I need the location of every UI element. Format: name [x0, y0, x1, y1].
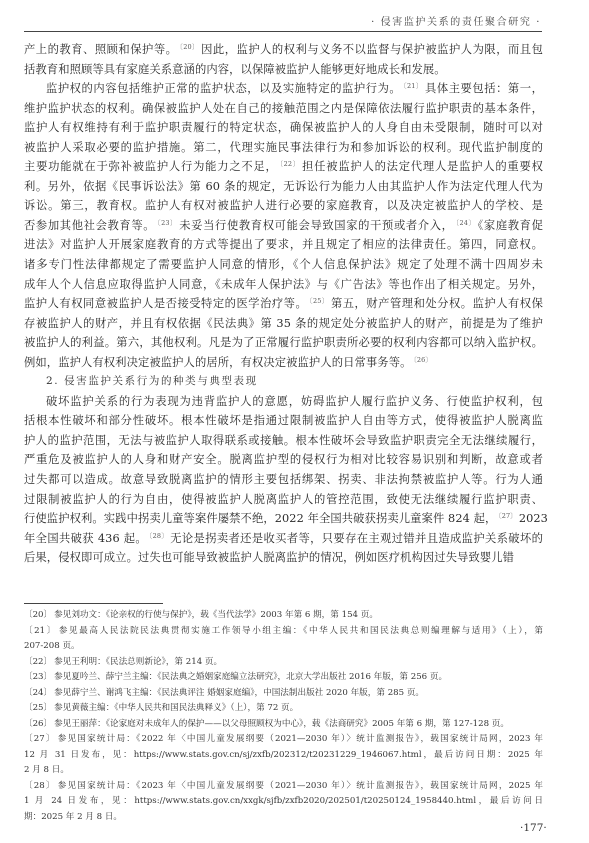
line-text: 2023 — [519, 512, 548, 525]
footnote-line: 12 月 31 日发布，见：https://www.stats.gov.cn/s… — [24, 748, 543, 764]
footnote-line: 〔21〕参见最高人民法院民法典贯彻实施工作领导小组主编：《中华人民共和国民法典总… — [24, 624, 543, 640]
text-line: 维护监护状态的权利。确保被监护人处在自己的接触范围之内是保障依法履行监护职责的基… — [24, 99, 543, 119]
footnote-ref: 〔20〕 — [177, 43, 201, 51]
footnote-line: 1 月 24 日发布，见：https://www.stats.gov.cn/xx… — [24, 794, 543, 810]
line-text: 例如，监护人有权利决定被监护人的居所，有权决定被监护人的日常事务等。 — [24, 356, 412, 369]
line-text: 年全国共破获 436 起。 — [24, 532, 147, 545]
running-title: · 侵害监护关系的责任聚合研究 · — [371, 13, 541, 28]
article-body: 产上的教育、照顾和保护等。〔20〕因此，监护人的权利与义务不以监督与保护被监护人… — [24, 40, 543, 568]
footnote-ref: 〔23〕 — [155, 219, 179, 227]
footnote-number: 〔28〕 — [24, 781, 58, 791]
footnote-text: 参见王丽萍：《论家庭对未成年人的保护——以父母照顾权为中心》，载《法商研究》20… — [54, 719, 509, 729]
body-paragraph: 监护权的内容包括维护正常的监护状态，以及实施特定的监护行为。〔21〕具体主要包括… — [24, 79, 543, 372]
footnote-line: 〔25〕参见黄薇主编：《中华人民共和国民法典释义》（上），第 72 页。 — [24, 701, 543, 717]
line-text: 过失都可以造成。故意导致脱离监护的情形主要包括绑架、拐卖、非法拘禁被监护人等。行… — [24, 473, 543, 486]
footnote-ref: 〔26〕 — [412, 356, 434, 364]
text-line: 监护人有权维持有利于监护职责履行的特定状态，确保被监护人的人身自由未受限制，随时… — [24, 118, 543, 138]
text-line: 后果，侵权即可成立。过失也可能导致被监护人脱离监护的情况，例如医疗机构因过失导致… — [24, 548, 543, 568]
line-text: 进法》对监护人开展家庭教育的方式等提出了要求，并且规定了相应的法律责任。第四，同… — [24, 238, 543, 251]
footnote-ref: 〔25〕 — [307, 297, 331, 305]
line-text: 严重危及被监护人的人身和财产安全。脱离监护型的侵权行为相对比较容易识别和判断，故… — [24, 453, 543, 466]
footnote-line: 207-208 页。 — [24, 639, 543, 655]
text-line: 诸多专门性法律都规定了需要监护人同意的情形，《个人信息保护法》规定了处理不满十四… — [24, 255, 543, 275]
footnote-text: 参见国家统计局：《2023 年〈中国儿童发展纲要（2021—2030 年）〉统计… — [58, 781, 543, 791]
text-line: 年全国共破获 436 起。〔28〕无论是拐卖者还是收买者等，只要存在主观过错并且… — [24, 529, 543, 549]
text-line: 括教育和照顾等具有家庭关系意涵的内容，以保障被监护人能够更好地成长和发展。 — [24, 60, 543, 80]
footnote-ref: 〔24〕 — [454, 219, 478, 227]
footnote-number: 〔24〕 — [24, 688, 54, 698]
line-text: 存被监护人的财产，并且有权依据《民法典》第 35 条的规定处分被监护人的财产，前… — [24, 317, 543, 330]
footnote-line: 〔28〕参见国家统计局：《2023 年〈中国儿童发展纲要（2021—2030 年… — [24, 779, 543, 795]
text-line: 进法》对监护人开展家庭教育的方式等提出了要求，并且规定了相应的法律责任。第四，同… — [24, 235, 543, 255]
line-text: 成年人个人信息应取得监护人同意，《未成年人保护法》与《广告法》等也作出了相关规定… — [24, 278, 543, 291]
body-paragraph: 产上的教育、照顾和保护等。〔20〕因此，监护人的权利与义务不以监督与保护被监护人… — [24, 40, 543, 79]
text-line: 成年人个人信息应取得监护人同意，《未成年人保护法》与《广告法》等也作出了相关规定… — [24, 275, 543, 295]
footnote-line: 〔26〕参见王丽萍：《论家庭对未成年人的保护——以父母照顾权为中心》，载《法商研… — [24, 717, 543, 733]
footnote-text: 参见薛宁兰、谢鸿飞主编：《民法典评注 婚姻家庭编》，中国法制出版社 2020 年… — [54, 688, 424, 698]
text-line: 诉讼。第三，教育权。监护人有权对被监护人进行必要的家庭教育，以及决定被监护人的学… — [24, 196, 543, 216]
line-text: 产上的教育、照顾和保护等。 — [24, 43, 177, 56]
line-text: 维护监护状态的权利。确保被监护人处在自己的接触范围之内是保障依法履行监护职责的基… — [24, 102, 543, 115]
footnote-number: 〔25〕 — [24, 703, 54, 713]
footnote-number: 〔23〕 — [24, 672, 54, 682]
footnote-text: 207-208 页。 — [24, 641, 80, 651]
text-line: 护人的监护范围，无法与被监护人取得联系或接触。根本性破坏会导致监护职责完全无法继… — [24, 431, 543, 451]
line-text: 第五，财产管理和处分权。监护人有权保 — [331, 297, 543, 310]
footnote-text: 参见最高人民法院民法典贯彻实施工作领导小组主编：《中华人民共和国民法典总则编理解… — [59, 626, 543, 636]
page-number: ·177· — [520, 822, 547, 834]
text-line: 否参加其他社会教育等。〔23〕未妥当行使教育权可能会导致国家的干预或者介入，〔2… — [24, 216, 543, 236]
footnote-text: 12 月 31 日发布，见：https://www.stats.gov.cn/s… — [24, 750, 543, 760]
line-text: 破坏监护关系的行为表现为违背监护人的意愿，妨碍监护人履行监护义务、行使监护权利，… — [46, 395, 543, 408]
footnote-ref: 〔22〕 — [278, 160, 302, 168]
text-line: 破坏监护关系的行为表现为违背监护人的意愿，妨碍监护人履行监护义务、行使监护权利，… — [24, 392, 543, 412]
line-text: 被监护人采取必要的监护措施。第二，代理实施民事法律行为和参加诉讼的权利。现代监护… — [24, 141, 543, 154]
text-line: 被监护人采取必要的监护措施。第二，代理实施民事法律行为和参加诉讼的权利。现代监护… — [24, 138, 543, 158]
footnote-line: 〔27〕参见国家统计局：《2022 年〈中国儿童发展纲要（2021—2030 年… — [24, 732, 543, 748]
line-text: 被监护人的利益。第六，其他权利。凡是为了正常履行监护职责所必要的权利内容都可以纳… — [24, 336, 543, 349]
line-text: 护人的监护范围，无法与被监护人取得联系或接触。根本性破坏会导致监护职责完全无法继… — [24, 434, 543, 447]
footnote-number: 〔20〕 — [24, 610, 54, 620]
footnote-number: 〔21〕 — [24, 626, 59, 636]
line-text: 《家庭教育促 — [478, 219, 543, 232]
text-line: 存被监护人的财产，并且有权依据《民法典》第 35 条的规定处分被监护人的财产，前… — [24, 314, 543, 334]
text-line: 监护人有权同意被监护人是否接受特定的医学治疗等。〔25〕第五，财产管理和处分权。… — [24, 294, 543, 314]
line-text: 括教育和照顾等具有家庭关系意涵的内容，以保障被监护人能够更好地成长和发展。 — [24, 63, 446, 76]
line-text: 利。另外，依据《民事诉讼法》第 60 条的规定，无诉讼行为能力人由其监护人作为法… — [24, 180, 543, 193]
footnote-line: 〔24〕参见薛宁兰、谢鸿飞主编：《民法典评注 婚姻家庭编》，中国法制出版社 20… — [24, 686, 543, 702]
text-line: 行使监护权利。实践中拐卖儿童等案件屡禁不绝，2022 年全国共破获拐卖儿童案件 … — [24, 509, 543, 529]
line-text: 监护人有权同意被监护人是否接受特定的医学治疗等。 — [24, 297, 307, 310]
footnotes: 〔20〕参见刘功文：《论亲权的行使与保护》，载《当代法学》2003 年第 6 期… — [24, 608, 543, 825]
text-line: 过限制被监护人的行为自由，使得被监护人脱离监护人的管控范围，致使无法继续履行监护… — [24, 490, 543, 510]
text-line: 产上的教育、照顾和保护等。〔20〕因此，监护人的权利与义务不以监督与保护被监护人… — [24, 40, 543, 60]
line-text: 监护人有权维持有利于监护职责履行的特定状态，确保被监护人的人身自由未受限制，随时… — [24, 121, 543, 134]
footnote-ref: 〔28〕 — [147, 532, 170, 540]
footnote-number: 〔27〕 — [24, 734, 58, 744]
text-line: 严重危及被监护人的人身和财产安全。脱离监护型的侵权行为相对比较容易识别和判断，故… — [24, 450, 543, 470]
footnote-line: 〔23〕参见夏吟兰、薛宁兰主编：《民法典之婚姻家庭编立法研究》，北京大学出版社 … — [24, 670, 543, 686]
footnote-number: 〔26〕 — [24, 719, 54, 729]
footnote-ref: 〔21〕 — [401, 82, 425, 90]
line-text: 诸多专门性法律都规定了需要监护人同意的情形，《个人信息保护法》规定了处理不满十四… — [24, 258, 543, 271]
line-text: 诉讼。第三，教育权。监护人有权对被监护人进行必要的家庭教育，以及决定被监护人的学… — [24, 199, 543, 212]
footnote-line: 期：2025 年 2 月 8 日。 — [24, 810, 543, 826]
footnote-number: 〔22〕 — [24, 657, 54, 667]
text-line: 例如，监护人有权利决定被监护人的居所，有权决定被监护人的日常事务等。〔26〕 — [24, 353, 543, 373]
text-line: 利。另外，依据《民事诉讼法》第 60 条的规定，无诉讼行为能力人由其监护人作为法… — [24, 177, 543, 197]
line-text: 否参加其他社会教育等。 — [24, 219, 155, 232]
footnote-text: 2 月 8 日。 — [24, 765, 69, 775]
footnote-text: 1 月 24 日发布，见：https://www.stats.gov.cn/xx… — [24, 796, 543, 806]
section-subheading: 2. 侵害监护关系行为的种类与典型表现 — [24, 372, 543, 392]
footnote-line: 2 月 8 日。 — [24, 763, 543, 779]
line-text: 无论是拐卖者还是收买者等，只要存在主观过错并且造成监护关系破坏的 — [170, 532, 543, 545]
footnote-text: 参见国家统计局：《2022 年〈中国儿童发展纲要（2021—2030 年）〉统计… — [58, 734, 543, 744]
footnote-text: 参见刘功文：《论亲权的行使与保护》，载《当代法学》2003 年第 6 期，第 1… — [54, 610, 378, 620]
line-text: 未妥当行使教育权可能会导致国家的干预或者介入， — [179, 219, 453, 232]
line-text: 因此，监护人的权利与义务不以监督与保护被监护人为限，而且包 — [201, 43, 543, 56]
line-text: 监护权的内容包括维护正常的监护状态，以及实施特定的监护行为。 — [46, 82, 401, 95]
line-text: 主要功能就在于弥补被监护人行为能力之不足， — [24, 160, 278, 173]
header-rule — [24, 31, 542, 32]
line-text: 担任被监护人的法定代理人是监护人的重要权 — [302, 160, 543, 173]
footnote-line: 〔20〕参见刘功文：《论亲权的行使与保护》，载《当代法学》2003 年第 6 期… — [24, 608, 543, 624]
text-line: 主要功能就在于弥补被监护人行为能力之不足，〔22〕担任被监护人的法定代理人是监护… — [24, 157, 543, 177]
text-line: 监护权的内容包括维护正常的监护状态，以及实施特定的监护行为。〔21〕具体主要包括… — [24, 79, 543, 99]
line-text: 行使监护权利。实践中拐卖儿童等案件屡禁不绝，2022 年全国共破获拐卖儿童案件 … — [24, 512, 496, 525]
footnote-ref: 〔27〕 — [496, 512, 518, 520]
text-line: 括根本性破坏和部分性破坏。根本性破坏是指通过限制被监护人自由等方式，使得被监护人… — [24, 411, 543, 431]
footnote-separator — [24, 603, 163, 604]
body-paragraph: 破坏监护关系的行为表现为违背监护人的意愿，妨碍监护人履行监护义务、行使监护权利，… — [24, 392, 543, 568]
line-text: 具体主要包括：第一， — [425, 82, 543, 95]
line-text: 括根本性破坏和部分性破坏。根本性破坏是指通过限制被监护人自由等方式，使得被监护人… — [24, 414, 543, 427]
text-line: 被监护人的利益。第六，其他权利。凡是为了正常履行监护职责所必要的权利内容都可以纳… — [24, 333, 543, 353]
footnote-text: 参见王利明：《民法总则新论》，第 214 页。 — [54, 657, 222, 667]
footnote-text: 期：2025 年 2 月 8 日。 — [24, 812, 122, 822]
line-text: 过限制被监护人的行为自由，使得被监护人脱离监护人的管控范围，致使无法继续履行监护… — [24, 493, 543, 506]
footnote-line: 〔22〕参见王利明：《民法总则新论》，第 214 页。 — [24, 655, 543, 671]
footnote-text: 参见夏吟兰、薛宁兰主编：《民法典之婚姻家庭编立法研究》，北京大学出版社 2016… — [54, 672, 447, 682]
footnote-text: 参见黄薇主编：《中华人民共和国民法典释义》（上），第 72 页。 — [54, 703, 298, 713]
text-line: 过失都可以造成。故意导致脱离监护的情形主要包括绑架、拐卖、非法拘禁被监护人等。行… — [24, 470, 543, 490]
line-text: 后果，侵权即可成立。过失也可能导致被监护人脱离监护的情况，例如医疗机构因过失导致… — [24, 551, 514, 564]
